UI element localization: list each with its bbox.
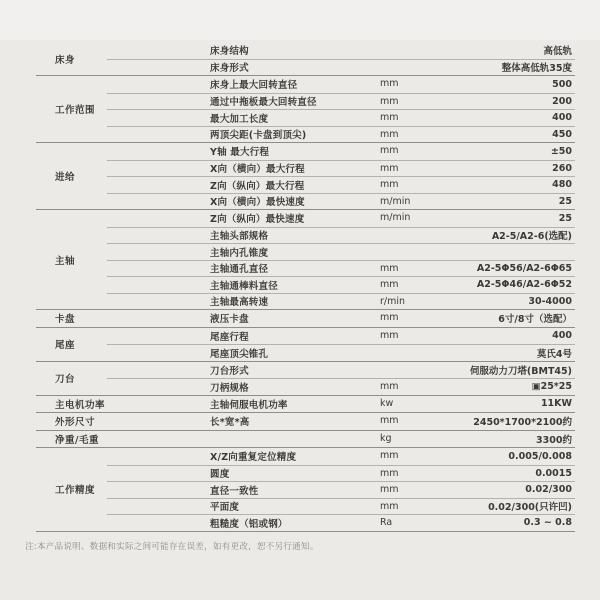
spec-group: 工作精度X/Z向重复定位精度mm0.005/0.008圆度mm0.0015直径一… [36, 447, 575, 531]
spec-unit: mm [380, 448, 399, 465]
spec-value: 0.0015 [535, 468, 575, 479]
group-label: 尾座 [55, 337, 75, 351]
spec-value: 400 [552, 330, 575, 341]
spec-unit: mm [380, 482, 399, 499]
spec-value: 2450*1700*2100约 [473, 414, 575, 428]
spec-name: 床身形式 [210, 60, 249, 74]
spec-group: 主电机功率主轴伺服电机功率kw11KW [36, 395, 575, 413]
group-label: 工作范围 [55, 102, 95, 116]
spec-value: A2-5Φ46/A2-6Φ52 [477, 279, 575, 290]
table-row: X/Z向重复定位精度mm0.005/0.008 [107, 448, 575, 465]
group-label: 工作精度 [55, 482, 95, 496]
group-label-cell: 工作精度 [36, 448, 107, 531]
spec-name: 长*宽*高 [210, 414, 249, 428]
group-label-cell: 刀台 [36, 362, 107, 395]
spec-value: A2-5/A2-6(选配) [492, 228, 575, 242]
table-row: 平面度mm0.02/300(只许凹) [107, 498, 575, 515]
spec-unit: mm [380, 499, 399, 516]
group-label-cell: 尾座 [36, 328, 107, 361]
group-label-cell: 卡盘 [36, 310, 107, 327]
spec-name: 主轴伺服电机功率 [210, 397, 288, 411]
table-row: 主轴最高转速r/min30-4000 [107, 293, 575, 310]
footnote: 注:本产品说明、数据和实际之间可能存在误差，如有更改，恕不另行通知。 [25, 540, 319, 552]
table-row: 直径一致性mm0.02/300 [107, 481, 575, 498]
spec-name: 刀柄规格 [210, 380, 249, 394]
table-row: 主轴内孔锥度 [107, 243, 575, 260]
spec-group: 净重/毛重kg3300约 [36, 430, 575, 448]
table-row: 粗糙度（铝或钢）Ra0.3 ~ 0.8 [107, 514, 575, 531]
spec-value: 整体高低轨35度 [502, 60, 575, 74]
table-row: Y轴 最大行程mm±50 [107, 143, 575, 160]
spec-value: 伺服动力刀塔(BMT45) [470, 363, 575, 377]
table-row: X向（横向）最快速度m/min25 [107, 193, 575, 210]
table-row: 主轴通棒料直径mmA2-5Φ46/A2-6Φ52 [107, 276, 575, 293]
table-row: Z向（纵向）最快速度m/min25 [107, 210, 575, 227]
spec-value: 400 [552, 112, 575, 123]
spec-group: 进给Y轴 最大行程mm±50X向（横向）最大行程mm260Z向（纵向）最大行程m… [36, 142, 575, 209]
table-row: 尾座行程mm400 [107, 328, 575, 345]
table-row: 主轴通孔直径mmA2-5Φ56/A2-6Φ65 [107, 260, 575, 277]
spec-unit: m/min [380, 210, 410, 227]
spec-value: ±50 [551, 146, 575, 157]
spec-unit: mm [380, 110, 399, 127]
table-row: 床身上最大回转直径mm500 [107, 76, 575, 93]
spec-value: 25 [559, 196, 575, 207]
spec-unit: mm [380, 310, 399, 327]
spec-unit: m/min [380, 194, 410, 211]
spec-name: 床身结构 [210, 43, 249, 57]
spec-group: 主轴Z向（纵向）最快速度m/min25主轴头部规格A2-5/A2-6(选配)主轴… [36, 209, 575, 309]
spec-name: 刀台形式 [210, 363, 249, 377]
group-label: 进给 [55, 169, 75, 183]
spec-unit: mm [380, 177, 399, 194]
spec-name: 主轴通孔直径 [210, 261, 268, 275]
spec-name: Z向（纵向）最快速度 [210, 211, 304, 225]
group-label: 净重/毛重 [55, 432, 99, 446]
spec-name: X/Z向重复定位精度 [210, 449, 296, 463]
spec-unit: mm [380, 143, 399, 160]
spec-unit: mm [380, 277, 399, 294]
spec-value: 高低轨 [543, 43, 575, 57]
spec-value: 25 [559, 213, 575, 224]
spec-unit: mm [380, 466, 399, 483]
spec-unit: mm [380, 76, 399, 93]
spec-name: 直径一致性 [210, 483, 259, 497]
spec-name: Z向（纵向）最大行程 [210, 178, 304, 192]
table-row: 刀台形式伺服动力刀塔(BMT45) [107, 362, 575, 379]
spec-unit: mm [380, 379, 399, 396]
spec-group: 尾座尾座行程mm400尾座顶尖锥孔莫氏4号 [36, 327, 575, 361]
table-row: 液压卡盘mm6寸/8寸（选配） [107, 310, 575, 327]
spec-group: 工作范围床身上最大回转直径mm500通过中拖板最大回转直径mm200最大加工长度… [36, 75, 575, 142]
spec-value: 11KW [541, 398, 575, 409]
group-label-cell: 工作范围 [36, 76, 107, 142]
spec-unit: mm [380, 94, 399, 111]
spec-group: 床身床身结构高低轨床身形式整体高低轨35度 [36, 42, 575, 75]
spec-value: 260 [552, 163, 575, 174]
spec-name: X向（横向）最大行程 [210, 161, 305, 175]
table-row: 刀柄规格mm▣25*25 [107, 378, 575, 395]
spec-name: 通过中拖板最大回转直径 [210, 94, 317, 108]
group-label-cell: 主电机功率 [36, 396, 107, 413]
spec-name: 主轴通棒料直径 [210, 278, 278, 292]
spec-unit: mm [380, 413, 399, 430]
spec-value: A2-5Φ56/A2-6Φ65 [477, 263, 575, 274]
table-row: 通过中拖板最大回转直径mm200 [107, 93, 575, 110]
group-label-cell: 床身 [36, 42, 107, 75]
spec-value: 480 [552, 179, 575, 190]
group-label: 主轴 [55, 253, 75, 267]
spec-unit: mm [380, 328, 399, 345]
table-row: 主轴伺服电机功率kw11KW [107, 396, 575, 413]
spec-name: X向（横向）最快速度 [210, 194, 305, 208]
group-label: 卡盘 [55, 311, 75, 325]
spec-unit: mm [380, 161, 399, 178]
spec-value: 3300约 [536, 432, 575, 446]
spec-name: 床身上最大回转直径 [210, 77, 297, 91]
table-row: kg3300约 [107, 431, 575, 448]
spec-unit: mm [380, 127, 399, 144]
spec-value: 0.02/300 [525, 484, 575, 495]
spec-value: 200 [552, 96, 575, 107]
spec-name: 尾座顶尖锥孔 [210, 346, 268, 360]
group-label-cell: 进给 [36, 143, 107, 209]
spec-value: 0.02/300(只许凹) [488, 499, 575, 513]
spec-name: Y轴 最大行程 [210, 144, 269, 158]
spec-unit: r/min [380, 294, 405, 311]
spec-value: 莫氏4号 [537, 346, 575, 360]
spec-value: 500 [552, 79, 575, 90]
table-row: 最大加工长度mm400 [107, 109, 575, 126]
spec-unit: kw [380, 396, 393, 413]
spec-unit: kg [380, 431, 392, 448]
spec-name: 液压卡盘 [210, 311, 249, 325]
table-row: 床身形式整体高低轨35度 [107, 59, 575, 76]
table-row: 长*宽*高mm2450*1700*2100约 [107, 413, 575, 430]
spec-value: 450 [552, 129, 575, 140]
table-row: Z向（纵向）最大行程mm480 [107, 176, 575, 193]
spec-name: 主轴最高转速 [210, 294, 268, 308]
spec-name: 粗糙度（铝或钢） [210, 516, 288, 530]
spec-unit: mm [380, 261, 399, 278]
table-row: X向（横向）最大行程mm260 [107, 160, 575, 177]
spec-group: 刀台刀台形式伺服动力刀塔(BMT45)刀柄规格mm▣25*25 [36, 361, 575, 395]
spec-value: 30-4000 [528, 296, 575, 307]
spec-name: 最大加工长度 [210, 111, 268, 125]
table-row: 两顶尖距(卡盘到顶尖)mm450 [107, 126, 575, 143]
spec-name: 平面度 [210, 499, 239, 513]
group-label-cell: 主轴 [36, 210, 107, 309]
spec-value: 0.005/0.008 [508, 451, 575, 462]
group-label: 床身 [55, 52, 75, 66]
spec-name: 两顶尖距(卡盘到顶尖) [210, 127, 306, 141]
group-label: 刀台 [55, 371, 75, 385]
spec-unit: Ra [380, 515, 392, 532]
spec-value: 6寸/8寸（选配） [498, 311, 575, 325]
table-row: 主轴头部规格A2-5/A2-6(选配) [107, 227, 575, 244]
spec-name: 圆度 [210, 466, 229, 480]
spec-name: 主轴内孔锥度 [210, 245, 268, 259]
spec-name: 主轴头部规格 [210, 228, 268, 242]
group-label: 主电机功率 [55, 397, 105, 411]
group-label: 外形尺寸 [55, 414, 95, 428]
table-row: 圆度mm0.0015 [107, 465, 575, 482]
spec-group: 卡盘液压卡盘mm6寸/8寸（选配） [36, 309, 575, 327]
spec-value: 0.3 ~ 0.8 [524, 517, 575, 528]
spec-sheet: 床身床身结构高低轨床身形式整体高低轨35度工作范围床身上最大回转直径mm500通… [0, 40, 600, 600]
spec-table: 床身床身结构高低轨床身形式整体高低轨35度工作范围床身上最大回转直径mm500通… [36, 42, 575, 532]
table-row: 尾座顶尖锥孔莫氏4号 [107, 344, 575, 361]
spec-group: 外形尺寸长*宽*高mm2450*1700*2100约 [36, 412, 575, 430]
spec-name: 尾座行程 [210, 329, 249, 343]
spec-value: ▣25*25 [532, 381, 575, 392]
group-label-cell: 外形尺寸 [36, 413, 107, 430]
table-row: 床身结构高低轨 [107, 42, 575, 59]
group-label-cell: 净重/毛重 [36, 431, 107, 448]
